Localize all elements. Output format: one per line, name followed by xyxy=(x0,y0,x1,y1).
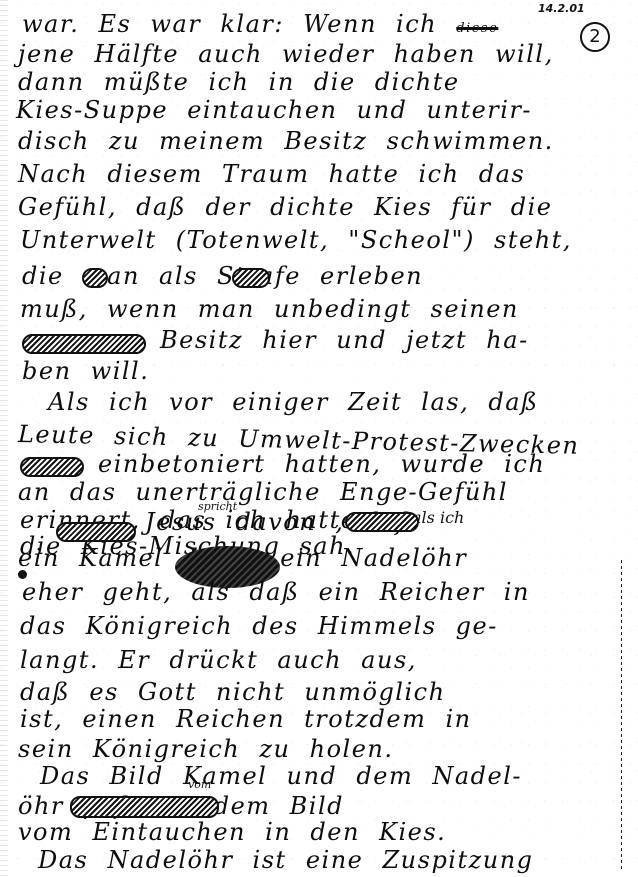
text-line-23: langt. Er drückt auch aus, xyxy=(20,646,417,674)
text-line-12: ben will. xyxy=(22,357,149,385)
text-line-22: das Königreich des Himmels ge- xyxy=(20,612,498,640)
scribble-out-7 xyxy=(70,796,219,818)
text-line-29: vom Eintauchen in den Kies. xyxy=(18,818,446,846)
text-line-30: Das Nadelöhr ist eine Zuspitzung xyxy=(38,846,534,874)
scribble-out-5 xyxy=(56,522,136,542)
text-line-25: ist, einen Reichen trotzdem in xyxy=(20,705,472,733)
insertion-vom: vom xyxy=(188,778,211,791)
text-line-21: eher geht, als daß ein Reicher in xyxy=(22,578,530,606)
text-line-16: an das unerträgliche Enge-Gefühl xyxy=(18,478,508,506)
scribble-out-1 xyxy=(82,268,108,288)
text-line-4: Kies-Suppe eintauchen und unterir- xyxy=(16,96,532,124)
text-line-13: Als ich vor einiger Zeit las, daß xyxy=(48,388,539,416)
text-line-10: muß, wenn man unbedingt seinen xyxy=(20,295,519,323)
text-line-3: dann müßte ich in die dichte xyxy=(18,68,460,96)
text-line-27: Das Bild Kamel und dem Nadel- xyxy=(40,762,522,790)
scanned-page: 14.2.01 2 war. Es war klar: Wenn ich die… xyxy=(0,0,638,877)
text-line-24: daß es Gott nicht unmöglich xyxy=(20,678,446,706)
page-margin-line xyxy=(621,560,622,870)
scribble-out-2 xyxy=(232,268,270,288)
text-line-5: disch zu meinem Besitz schwimmen. xyxy=(18,127,554,155)
insertion-als-ich: als ich xyxy=(412,508,464,527)
text-line-8: Unterwelt (Totenwelt, "Scheol") steht, xyxy=(20,226,572,254)
text-line-2: jene Hälfte auch wieder haben will, xyxy=(18,40,554,68)
scribble-out-6 xyxy=(345,512,419,532)
scribble-out-4 xyxy=(20,457,84,477)
text-line-26: sein Königreich zu holen. xyxy=(18,735,394,763)
scribble-out-3 xyxy=(22,334,146,354)
text-line-11: Besitz hier und jetzt ha- xyxy=(160,326,529,354)
text-line-6: Nach diesem Traum hatte ich das xyxy=(18,160,525,188)
text-line-7: Gefühl, daß der dichte Kies für die xyxy=(18,193,552,221)
date-annotation: 14.2.01 xyxy=(538,2,585,15)
text-line-1: war. Es war klar: Wenn ich diese xyxy=(22,10,498,38)
scan-edge-noise xyxy=(0,0,8,877)
struck-word: diese xyxy=(456,21,498,36)
page-number-circle: 2 xyxy=(580,22,610,52)
text-line-15: einbetoniert hatten, wurde ich xyxy=(98,450,545,478)
